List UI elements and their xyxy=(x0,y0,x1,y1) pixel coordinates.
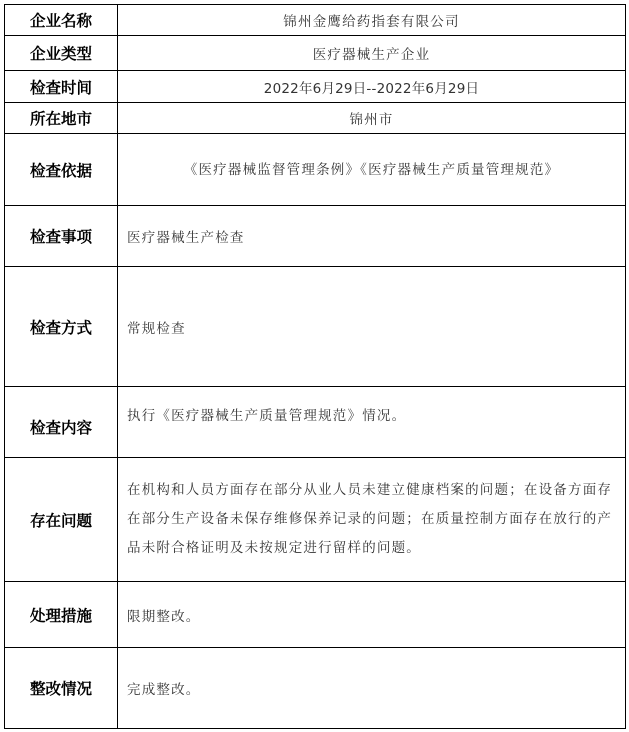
row-rectification-status: 整改情况 完成整改。 xyxy=(5,648,626,729)
value-company-type: 医疗器械生产企业 xyxy=(118,36,626,71)
row-city: 所在地市 锦州市 xyxy=(5,103,626,134)
value-existing-issues: 在机构和人员方面存在部分从业人员未建立健康档案的问题；在设备方面存在部分生产设备… xyxy=(118,458,626,582)
row-existing-issues: 存在问题 在机构和人员方面存在部分从业人员未建立健康档案的问题；在设备方面存在部… xyxy=(5,458,626,582)
value-inspection-basis: 《医疗器械监督管理条例》《医疗器械生产质量管理规范》 xyxy=(118,134,626,206)
label-inspection-content: 检查内容 xyxy=(5,387,118,458)
row-inspection-content: 检查内容 执行《医疗器械生产质量管理规范》情况。 xyxy=(5,387,626,458)
row-company-name: 企业名称 锦州金鹰给药指套有限公司 xyxy=(5,5,626,36)
value-city: 锦州市 xyxy=(118,103,626,134)
value-company-name: 锦州金鹰给药指套有限公司 xyxy=(118,5,626,36)
value-inspection-time: 2022年6月29日--2022年6月29日 xyxy=(118,71,626,103)
label-inspection-basis: 检查依据 xyxy=(5,134,118,206)
row-company-type: 企业类型 医疗器械生产企业 xyxy=(5,36,626,71)
label-inspection-method: 检查方式 xyxy=(5,267,118,387)
label-rectification-status: 整改情况 xyxy=(5,648,118,729)
label-company-name: 企业名称 xyxy=(5,5,118,36)
label-inspection-item: 检查事项 xyxy=(5,206,118,267)
label-handling-measures: 处理措施 xyxy=(5,582,118,648)
row-handling-measures: 处理措施 限期整改。 xyxy=(5,582,626,648)
value-inspection-method: 常规检查 xyxy=(118,267,626,387)
value-inspection-content: 执行《医疗器械生产质量管理规范》情况。 xyxy=(118,387,626,458)
row-inspection-basis: 检查依据 《医疗器械监督管理条例》《医疗器械生产质量管理规范》 xyxy=(5,134,626,206)
row-inspection-item: 检查事项 医疗器械生产检查 xyxy=(5,206,626,267)
value-inspection-item: 医疗器械生产检查 xyxy=(118,206,626,267)
label-existing-issues: 存在问题 xyxy=(5,458,118,582)
label-inspection-time: 检查时间 xyxy=(5,71,118,103)
inspection-report-table: 企业名称 锦州金鹰给药指套有限公司 企业类型 医疗器械生产企业 检查时间 202… xyxy=(4,4,626,729)
label-city: 所在地市 xyxy=(5,103,118,134)
value-rectification-status: 完成整改。 xyxy=(118,648,626,729)
label-company-type: 企业类型 xyxy=(5,36,118,71)
value-handling-measures: 限期整改。 xyxy=(118,582,626,648)
row-inspection-time: 检查时间 2022年6月29日--2022年6月29日 xyxy=(5,71,626,103)
row-inspection-method: 检查方式 常规检查 xyxy=(5,267,626,387)
